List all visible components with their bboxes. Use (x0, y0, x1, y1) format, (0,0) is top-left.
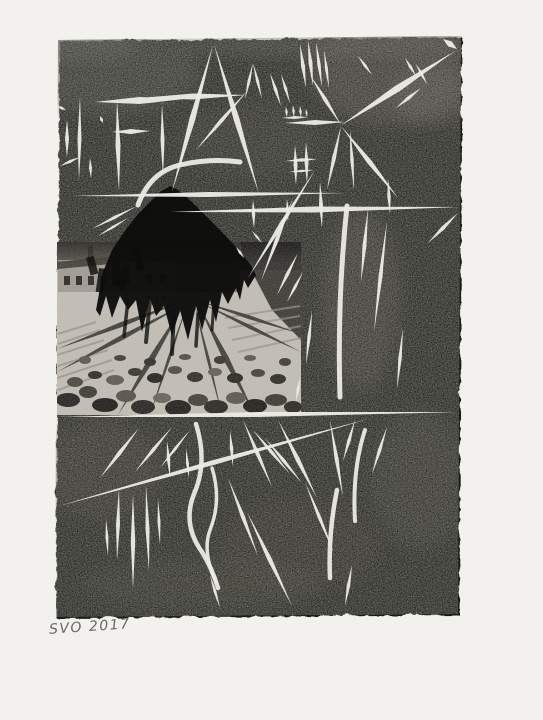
artwork-scan: SVO 2017 (0, 0, 543, 720)
print-artwork-svg (0, 0, 543, 720)
print-surface (20, 15, 530, 625)
